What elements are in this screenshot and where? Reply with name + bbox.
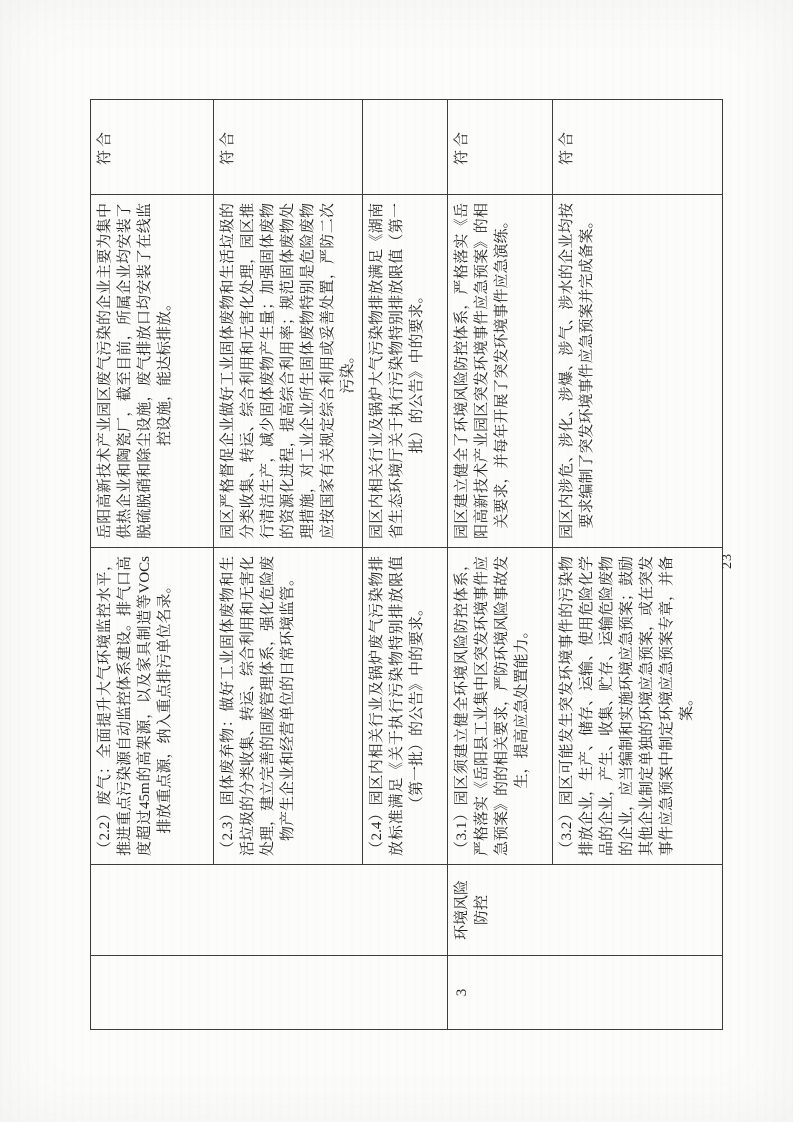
status-cell-2-4: 园区内相关行业及锅炉大气污染物排放满足《湖南省生态环境厅关于执行污染物特别排放限… xyxy=(363,195,448,548)
status-cell-2-2: 岳阳高新技术产业园区废气污染的企业主要为集中供热企业和陶瓷厂，截至目前，所属企业… xyxy=(91,195,214,548)
status-cell-3-2: 园区内涉危、涉化、涉爆、涉气、涉水的企业均按要求编制了突发环境事件应急预案并完成… xyxy=(553,195,723,548)
seq-cell-section2 xyxy=(91,956,448,1030)
seq-cell-section3: 3 xyxy=(448,956,723,1030)
table-row: （2.2）废气：全面提升大气环境监控水平，推进重点污染源自动监控体系建设。排气口… xyxy=(91,100,214,1030)
scanned-document-page: （2.2）废气：全面提升大气环境监控水平，推进重点污染源自动监控体系建设。排气口… xyxy=(0,0,793,1122)
verdict-cell-3-1: 符合 xyxy=(448,100,553,195)
verdict-cell-2-3: 符合 xyxy=(214,100,363,195)
requirement-cell-3-1: （3.1）园区须建立健全环境风险防控体系，严格落实《岳阳县工业集中区突发环境事件… xyxy=(448,548,553,865)
verdict-cell-2-2: 符合 xyxy=(91,100,214,195)
requirement-cell-2-3: （2.3）固体废弃物：做好工业固体废物和生活垃圾的分类收集、转运、综合利用和无害… xyxy=(214,548,363,865)
compliance-review-table: （2.2）废气：全面提升大气环境监控水平，推进重点污染源自动监控体系建设。排气口… xyxy=(90,99,723,1030)
status-cell-2-3: 园区严格督促企业做好工业固体废物和生活垃圾的分类收集、转运、综合利用和无害化处理… xyxy=(214,195,363,548)
verdict-cell-3-2: 符合 xyxy=(553,100,723,195)
category-cell-section3: 环境风险防控 xyxy=(448,865,723,956)
category-cell-section2 xyxy=(91,865,448,956)
verdict-cell-2-4 xyxy=(363,100,448,195)
page-number: 23 xyxy=(720,553,736,569)
requirement-cell-3-2: （3.2）园区可能发生突发环境事件的污染物排放企业，生产、储存、运输、使用危险化… xyxy=(553,548,723,865)
status-cell-3-1: 园区建立健全了环境风险防控体系，严格落实《岳阳高新技术产业园区突发环境事件应急预… xyxy=(448,195,553,548)
requirement-cell-2-2: （2.2）废气：全面提升大气环境监控水平，推进重点污染源自动监控体系建设。排气口… xyxy=(91,548,214,865)
landscape-content: （2.2）废气：全面提升大气环境监控水平，推进重点污染源自动监控体系建设。排气口… xyxy=(0,0,793,1122)
table-row: 3 环境风险防控 （3.1）园区须建立健全环境风险防控体系，严格落实《岳阳县工业… xyxy=(448,100,553,1030)
requirement-cell-2-4: （2.4）园区内相关行业及锅炉废气污染物排放标准满足《关于执行污染物特别排放限值… xyxy=(363,548,448,865)
